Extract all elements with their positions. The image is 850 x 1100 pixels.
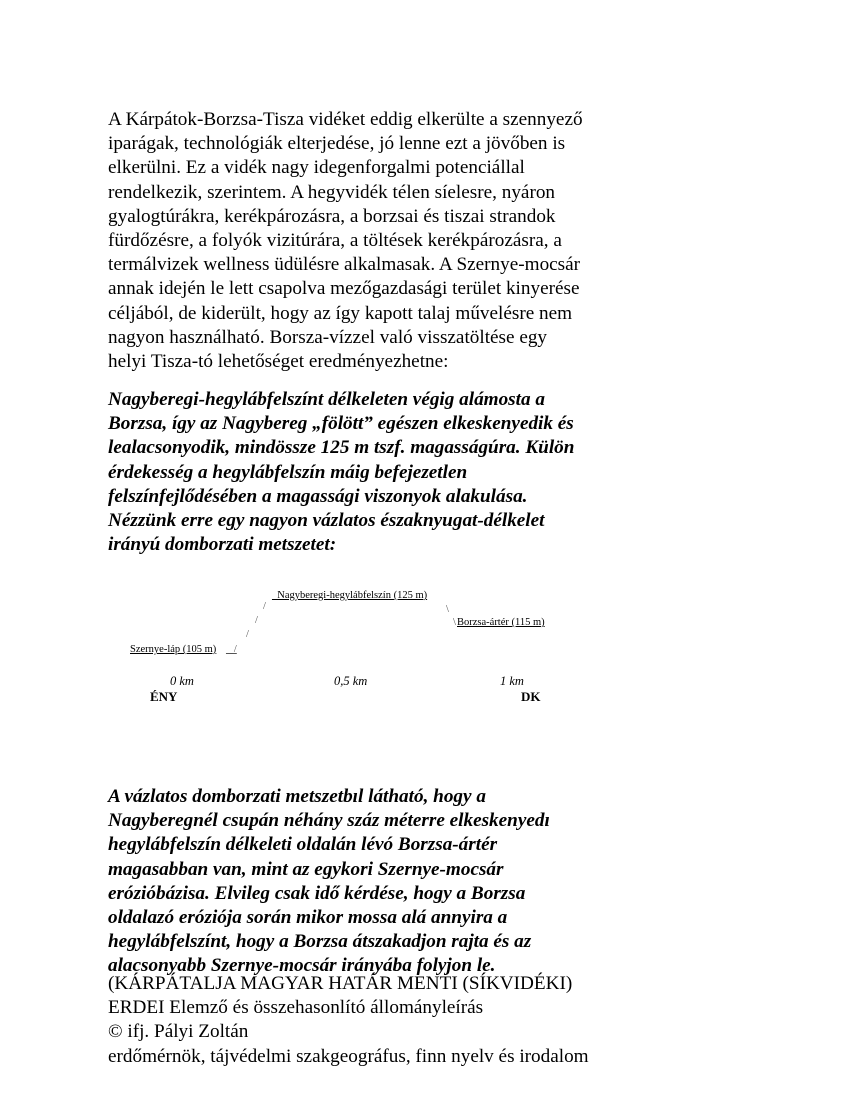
text-line: hegylábfelszín délkeleti oldalán lévó Bo… — [108, 833, 628, 857]
quote-paragraph-2: A vázlatos domborzati metszetbıl látható… — [108, 785, 628, 979]
text-line: ERDEI Elemző és összehasonlító állományl… — [108, 996, 628, 1020]
distance-tick: 1 km — [500, 674, 524, 688]
slope-mark: \ — [453, 617, 456, 629]
text-line: céljából, de kiderült, hogy az így kapot… — [108, 302, 628, 326]
text-line: elkerülni. Ez a vidék nagy idegenforgalm… — [108, 156, 628, 180]
text-line: annak idején le lett csapolva mezőgazdas… — [108, 277, 628, 301]
text-line: érdekesség a hegylábfelszín máig befejez… — [108, 461, 628, 485]
text-line: A vázlatos domborzati metszetbıl látható… — [108, 785, 628, 809]
text-line: oldalazó eróziója során mikor mossa alá … — [108, 906, 628, 930]
intro-paragraph: A Kárpátok-Borzsa-Tisza vidéket eddig el… — [108, 108, 628, 374]
text-line: fürdőzésre, a folyók vizitúrára, a tölté… — [108, 229, 628, 253]
text-line: erdőmérnök, tájvédelmi szakgeográfus, fi… — [108, 1045, 628, 1069]
text-line: lealacsonyodik, mindössze 125 m tszf. ma… — [108, 436, 628, 460]
text-line: gyalogtúrákra, kerékpározásra, a borzsai… — [108, 205, 628, 229]
text-line: helyi Tisza-tó lehetőséget eredményezhet… — [108, 350, 628, 374]
document-page: A Kárpátok-Borzsa-Tisza vidéket eddig el… — [0, 0, 850, 1100]
text-line: magasabban van, mint az egykori Szernye-… — [108, 858, 628, 882]
slope-mark: / — [246, 629, 249, 641]
bog-label: Szernye-láp (105 m) — [130, 644, 216, 656]
text-line: iparágak, technológiák elterjedése, jó l… — [108, 132, 628, 156]
slope-mark: _ / — [226, 644, 237, 656]
text-line: irányú domborzati metszetet: — [108, 533, 628, 557]
text-line: Nézzünk erre egy nagyon vázlatos északny… — [108, 509, 628, 533]
text-line: hegylábfelszínt, hogy a Borzsa átszakadj… — [108, 930, 628, 954]
text-line: © ifj. Pályi Zoltán — [108, 1020, 628, 1044]
slope-mark: \ — [446, 604, 449, 616]
slope-mark: / — [263, 601, 266, 613]
text-line: termálvizek wellness üdülésre alkalmasak… — [108, 253, 628, 277]
direction-southeast: DK — [521, 689, 541, 704]
text-line: Nagyberegi-hegylábfelszínt délkeleten vé… — [108, 388, 628, 412]
text-line: felszínfejlődésében a magassági viszonyo… — [108, 485, 628, 509]
text-line: rendelkezik, szerintem. A hegyvidék téle… — [108, 181, 628, 205]
text-line: A Kárpátok-Borzsa-Tisza vidéket eddig el… — [108, 108, 628, 132]
quote-paragraph-1: Nagyberegi-hegylábfelszínt délkeleten vé… — [108, 388, 628, 557]
distance-tick: 0 km — [170, 674, 194, 688]
text-line: Borzsa, így az Nagybereg „fölött” egésze… — [108, 412, 628, 436]
direction-northwest: ÉNY — [150, 689, 177, 704]
text-line: erózióbázisa. Elvileg csak idő kérdése, … — [108, 882, 628, 906]
text-line: (KÁRPÁTALJA MAGYAR HATÁR MENTI (SÍKVIDÉK… — [108, 972, 628, 996]
summit-label: _Nagyberegi-hegylábfelszín (125 m) — [272, 590, 427, 602]
text-line: nagyon használható. Borsza-vízzel való v… — [108, 326, 628, 350]
slope-mark: / — [255, 615, 258, 627]
text-line: Nagyberegnél csupán néhány száz méterre … — [108, 809, 628, 833]
floodplain-label: Borzsa-ártér (115 m) — [457, 617, 545, 629]
distance-tick: 0,5 km — [334, 674, 367, 688]
footer-credits: (KÁRPÁTALJA MAGYAR HATÁR MENTI (SÍKVIDÉK… — [108, 972, 628, 1069]
